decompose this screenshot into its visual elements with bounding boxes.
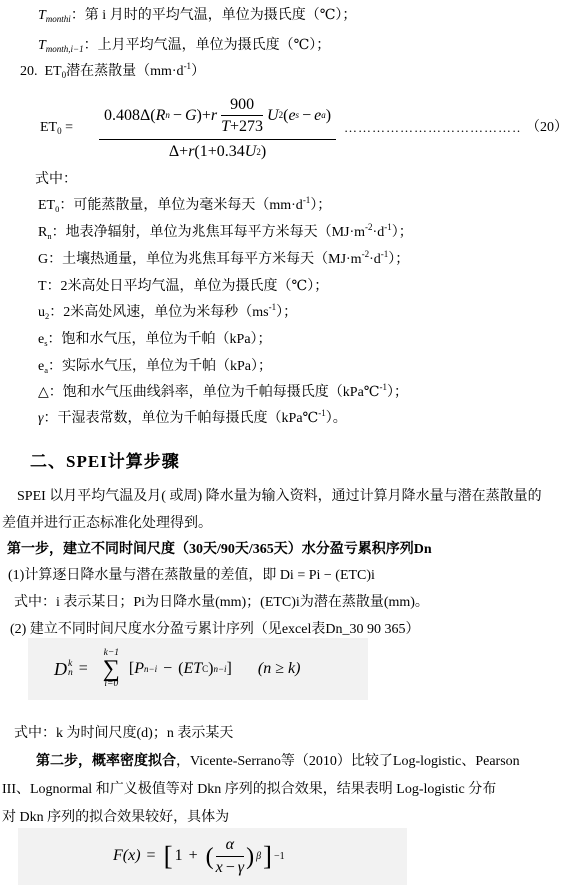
equation-number: （20） (526, 120, 568, 137)
main-fraction: 0.408Δ(Rn−G)+r 900 T+273 U2(es−ea) Δ+r(1… (99, 95, 336, 162)
item-20-line: 20. ET0潜在蒸散量（mm·d-1） (20, 62, 205, 82)
dot-leader: ……………………………………………… (344, 120, 522, 136)
tmonth-prev-desc: ：上月平均气温，单位为摄氏度（℃）； (84, 38, 331, 53)
var-row-et0: ET0：可能蒸散量，单位为毫米每天（mm·d-1）； (38, 196, 331, 216)
d-supsub: kn (68, 660, 73, 678)
inner-fraction: 900 T+273 (221, 95, 263, 136)
spei-intro-line-1: SPEI 以月平均气温及月( 或周) 降水量为输入资料，通过计算月降水量与潜在蒸… (17, 487, 542, 507)
var-symbol: G (38, 252, 48, 267)
spei-intro-line-2: 差值并进行正态标准化处理得到。 (2, 514, 212, 534)
section-2-heading: 二、SPEI计算步骤 (30, 452, 180, 472)
item-20-text: 潜在蒸散量（mm·d (66, 64, 183, 79)
var-symbol: ea (38, 359, 48, 374)
step1-item-1: (1)计算逐日降水量与潜在蒸散量的差值，即 Di = Pi − (ETC)i (8, 566, 375, 586)
tmonth-symbol: T (38, 8, 46, 23)
var-desc: ：2米高处风速，单位为米每秒（ms (49, 305, 268, 320)
var-row-t: T：2米高处日平均气温，单位为摄氏度（℃）； (38, 277, 328, 297)
where-k-n: 式中：k 为时间尺度(d)；n 表示某天 (14, 724, 233, 744)
right-bracket: ] (263, 843, 272, 870)
step-2-heading: 第二步，概率密度拟合 (36, 754, 176, 769)
et0-symbol: ET (45, 64, 62, 79)
fx-fraction: α x−γ (216, 836, 244, 878)
numerator: 0.408Δ(Rn−G)+r 900 T+273 U2(es−ea) (99, 95, 336, 139)
step-2-line-1: 第二步，概率密度拟合，Vicente-Serrano等（2010）比较了Log-… (36, 752, 520, 772)
var-desc: ：可能蒸散量，单位为毫米每天（mm·d (59, 198, 302, 213)
var-desc: ：土壤热通量，单位为兆焦耳每平方米每天（MJ·m (48, 252, 361, 267)
var-desc: ：地表净辐射，单位为兆焦耳每平方米每天（MJ·m (52, 225, 365, 240)
tmonth-current-line: Tmonthi：第 i 月时的平均气温，单位为摄氏度（℃）； (38, 6, 356, 26)
var-symbol: Rn (38, 225, 52, 240)
tmonth-previous-line: Tmonth,i−1：上月平均气温，单位为摄氏度（℃）； (38, 36, 330, 56)
dn-equation-box: Dkn = k−1∑i=0 [Pn−i − (ETC)n−i] (n ≥ k) (28, 638, 368, 700)
item-number: 20. (20, 64, 38, 79)
var-symbol: es (38, 332, 48, 347)
var-symbol: ET0 (38, 198, 59, 213)
step-1-heading: 第一步，建立不同时间尺度（30天/90天/365天）水分盈亏累积序列Dn (7, 540, 432, 560)
var-desc: ：2米高处日平均气温，单位为摄氏度（℃）； (47, 279, 329, 294)
tmonth-prev-subscript: month,i−1 (46, 44, 84, 54)
condition: (n ≥ k) (258, 660, 301, 678)
var-row-g: G：土壤热通量，单位为兆焦耳每平方米每天（MJ·m-2·d-1）； (38, 250, 409, 270)
step1-item-2: (2) 建立不同时间尺度水分盈亏累计序列（见excel表Dn_30 90 365… (10, 620, 419, 640)
step1-where: 式中：i 表示某日；Pi为日降水量(mm)；(ETC)i为潜在蒸散量(mm)。 (14, 593, 429, 613)
f-symbol: F (113, 847, 123, 865)
var-row-delta: △：饱和水气压曲线斜率，单位为千帕每摄氏度（kPa℃-1）； (38, 383, 408, 403)
left-bracket: [ (164, 843, 173, 870)
left-paren: ( (206, 845, 214, 869)
var-row-es: es：饱和水气压，单位为千帕（kPa）； (38, 330, 272, 350)
where-label-1: 式中： (35, 170, 77, 190)
var-desc: ：干湿表常数，单位为千帕每摄氏度（kPa℃ (44, 411, 319, 426)
penman-equation: ET0 = 0.408Δ(Rn−G)+r 900 T+273 U2(es−ea)… (40, 92, 568, 164)
document-page: Tmonthi：第 i 月时的平均气温，单位为摄氏度（℃）； Tmonth,i−… (0, 0, 575, 892)
tmonth-prev-symbol: T (38, 38, 46, 53)
var-desc: ：实际水气压，单位为千帕（kPa）； (48, 359, 272, 374)
d-symbol: D (54, 659, 67, 680)
step-2-line-3: 对 Dkn 序列的拟合效果较好，具体为 (2, 808, 229, 828)
tmonth-desc: ：第 i 月时的平均气温，单位为摄氏度（℃）； (71, 8, 357, 23)
fx-equation-box: F(x) = [ 1+ ( α x−γ )β ]−1 (18, 828, 407, 885)
var-row-rn: Rn：地表净辐射，单位为兆焦耳每平方米每天（MJ·m-2·d-1）； (38, 223, 413, 243)
var-row-ea: ea：实际水气压，单位为千帕（kPa）； (38, 357, 272, 377)
sum-symbol: k−1∑i=0 (103, 649, 120, 690)
var-row-gamma: γ：干湿表常数，单位为千帕每摄氏度（kPa℃-1）。 (38, 409, 347, 429)
var-desc: ：饱和水气压曲线斜率，单位为千帕每摄氏度（kPa℃ (49, 385, 380, 400)
tmonth-subscript: monthi (46, 14, 71, 24)
var-symbol: u2 (38, 305, 49, 320)
var-desc: ：饱和水气压，单位为千帕（kPa）； (48, 332, 272, 347)
var-symbol: △ (38, 385, 49, 400)
step-2-line-2: III、Lognormal 和广义极值等对 Dkn 序列的拟合效果，结果表明 L… (2, 780, 496, 800)
var-symbol: T (38, 279, 47, 294)
var-row-u2: u2：2米高处风速，单位为米每秒（ms-1）； (38, 303, 297, 323)
equation-lhs: ET0 = (40, 120, 73, 137)
right-paren: ) (246, 845, 254, 869)
denominator: Δ+r(1+0.34U2) (99, 139, 336, 161)
